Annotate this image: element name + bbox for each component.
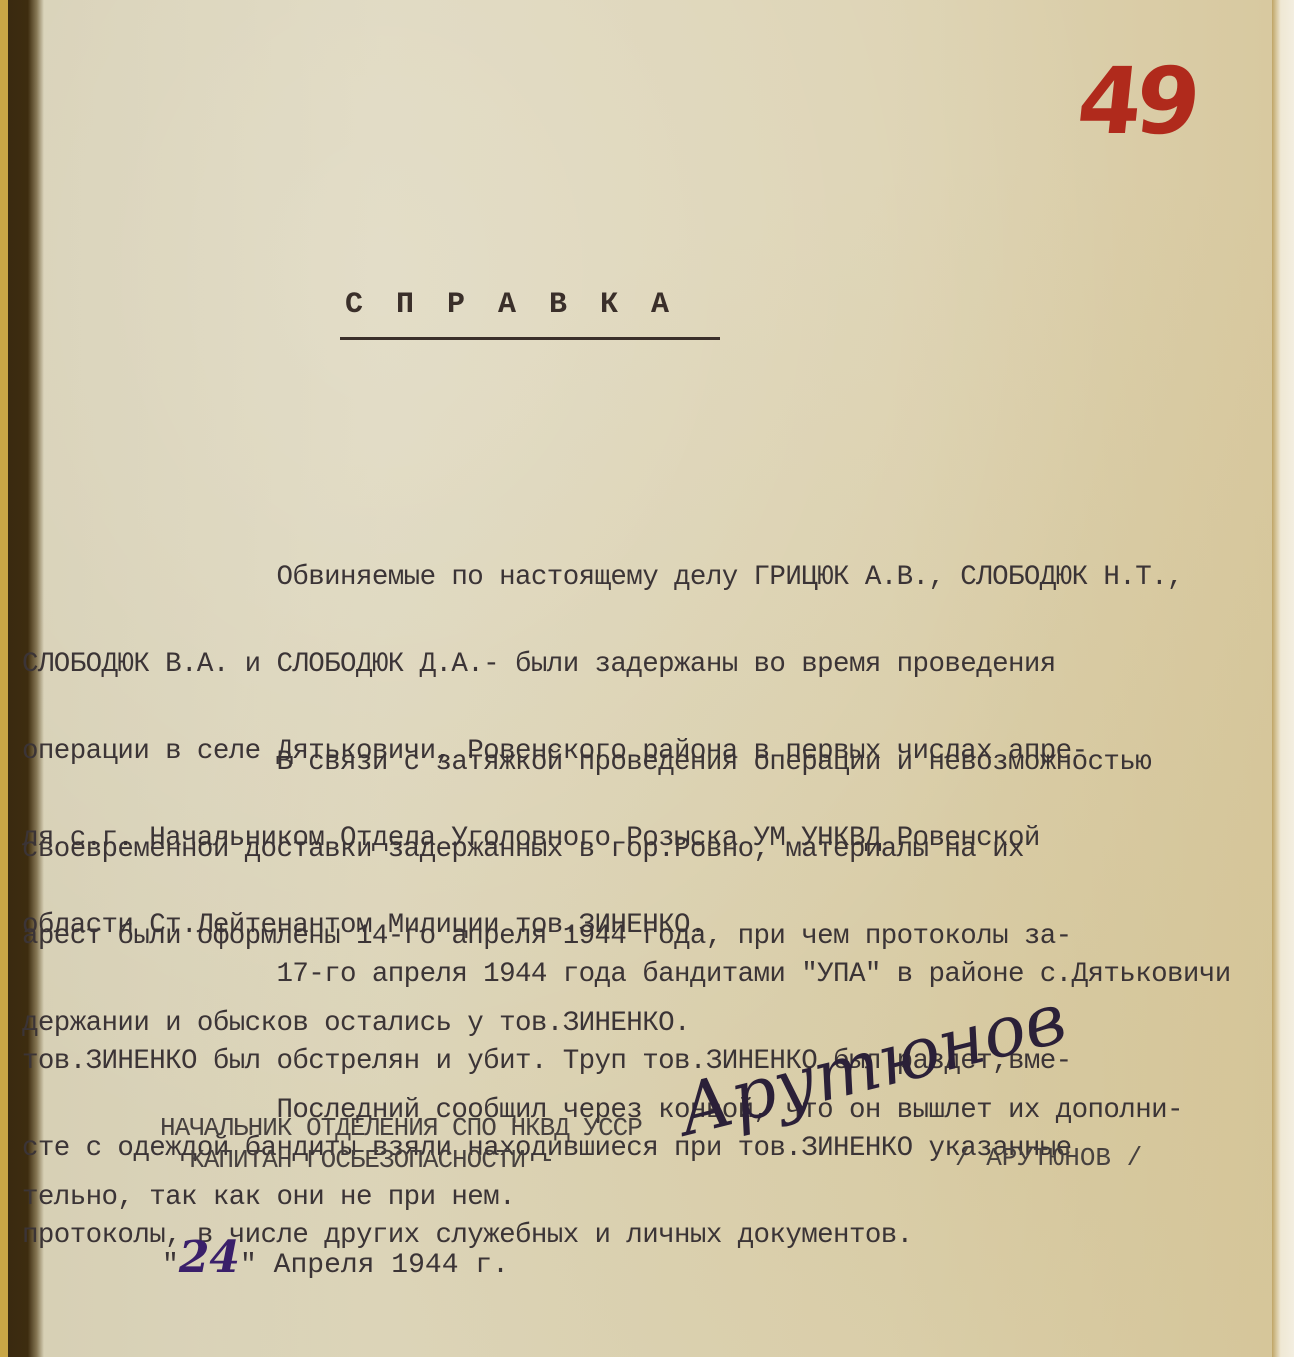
signatory-name: / АРУТЮНОВ /: [955, 1143, 1142, 1173]
position-line: НАЧАЛЬНИК ОТДЕЛЕНИЯ СПО НКВД УССР: [160, 1112, 642, 1144]
title-underline: [340, 337, 720, 340]
paragraph-killed: 17-го апреля 1944 года бандитами "УПА" в…: [22, 902, 1272, 1279]
document-date: "24" Апреля 1944 г.: [162, 1232, 509, 1283]
signatory-position: НАЧАЛЬНИК ОТДЕЛЕНИЯ СПО НКВД УССР КАПИТА…: [160, 1112, 642, 1176]
date-month-year: Апреля 1944 г.: [257, 1250, 509, 1281]
text-line: В связи с затяжкой проведения операции и…: [22, 748, 1272, 777]
rank-line: КАПИТАН ГОСБЕЗОПАСНОСТИ -: [160, 1144, 642, 1176]
page-right-edge: [1272, 0, 1294, 1357]
date-quote-close: ": [240, 1250, 257, 1281]
document-title: СПРАВКА: [345, 288, 702, 322]
text-line: Обвиняемые по настоящему делу ГРИЦЮК А.В…: [22, 563, 1272, 592]
text-line: 17-го апреля 1944 года бандитами "УПА" в…: [22, 960, 1272, 989]
text-line: своевременной доставки задержанных в гор…: [22, 835, 1272, 864]
archive-page-number: 49: [1072, 48, 1199, 155]
date-day-handwritten: 24: [179, 1232, 240, 1283]
text-line: тов.ЗИНЕНКО был обстрелян и убит. Труп т…: [22, 1047, 1272, 1076]
text-line: СЛОБОДЮК В.А. и СЛОБОДЮК Д.А.- были заде…: [22, 650, 1272, 679]
date-quote-open: ": [162, 1250, 179, 1281]
